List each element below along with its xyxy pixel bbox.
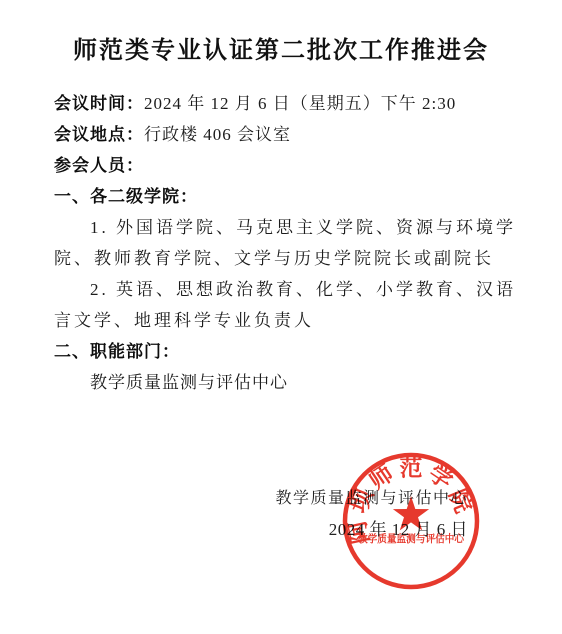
signature-date: 2024 年 12 月 6 日 xyxy=(275,514,468,545)
line-bold-label: 会议时间： xyxy=(54,94,144,113)
document-body: 会议时间：2024 年 12 月 6 日（星期五）下午 2:30会议地点：行政楼… xyxy=(54,88,508,398)
document-line: 教学质量监测与评估中心 xyxy=(54,367,508,398)
document-line-labeled: 会议时间：2024 年 12 月 6 日（星期五）下午 2:30 xyxy=(54,88,508,119)
line-bold-label: 参会人员： xyxy=(54,156,144,175)
line-bold-label: 二、职能部门： xyxy=(54,342,180,361)
document-line: 2. 英语、思想政治教育、化学、小学教育、汉语 xyxy=(54,274,508,305)
document-line-labeled: 会议地点：行政楼 406 会议室 xyxy=(54,119,508,150)
signature-department: 教学质量监测与评估中心 xyxy=(275,483,468,514)
document-line-labeled: 二、职能部门： xyxy=(54,336,508,367)
document-line: 院、教师教育学院、文学与历史学院院长或副院长 xyxy=(54,243,508,274)
signature-block: 教学质量监测与评估中心 2024 年 12 月 6 日 xyxy=(275,483,468,545)
document-title: 师范类专业认证第二批次工作推进会 xyxy=(0,30,562,65)
line-bold-label: 一、各二级学院： xyxy=(54,187,198,206)
line-text: 2024 年 12 月 6 日（星期五）下午 2:30 xyxy=(144,94,456,113)
line-bold-label: 会议地点： xyxy=(54,125,144,144)
document-line: 1. 外国语学院、马克思主义学院、资源与环境学 xyxy=(54,212,508,243)
document-line-labeled: 参会人员： xyxy=(54,150,508,181)
document-line-labeled: 一、各二级学院： xyxy=(54,181,508,212)
document-page: 师范类专业认证第二批次工作推进会 会议时间：2024 年 12 月 6 日（星期… xyxy=(0,0,562,634)
line-text: 行政楼 406 会议室 xyxy=(144,125,291,144)
document-line: 言文学、地理科学专业负责人 xyxy=(54,305,508,336)
seal-ring-text-char: 范 xyxy=(400,456,423,481)
